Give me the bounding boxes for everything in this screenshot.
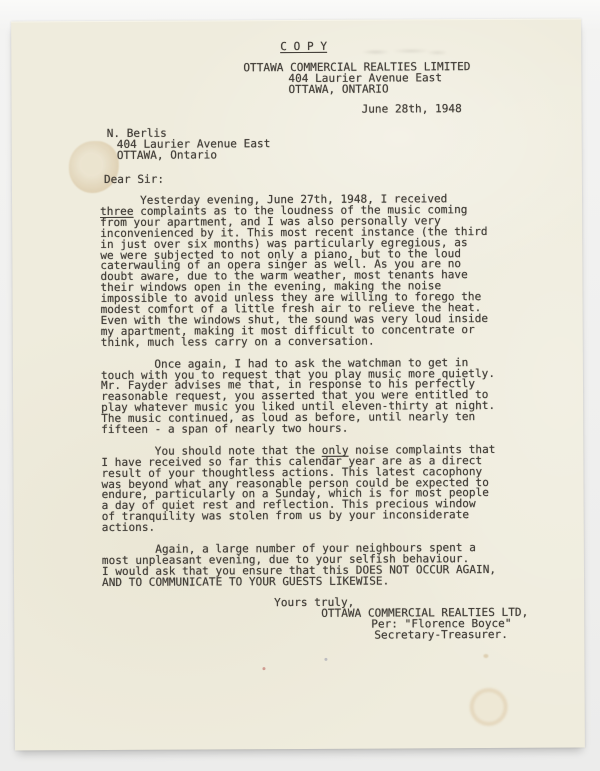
salutation: Dear Sir: [104,175,164,186]
ink-smudge [358,47,446,56]
sender-city: OTTAWA, ONTARIO [288,85,388,96]
letter-date: June 28th, 1948 [362,104,462,115]
ring-stain [470,688,508,726]
tan-speck [483,654,488,658]
blue-speck [324,658,327,661]
red-speck [262,667,265,670]
letter-body: Yesterday evening, June 27th, 1948, I re… [100,194,496,589]
letter-page: C O P Y OTTAWA COMMERCIAL REALTIES LIMIT… [11,19,585,751]
scan-background: C O P Y OTTAWA COMMERCIAL REALTIES LIMIT… [0,0,600,771]
recipient-city: OTTAWA, Ontario [117,150,217,161]
closing-title: Secretary-Treasurer. [374,630,508,642]
copy-heading: C O P Y [280,42,327,53]
